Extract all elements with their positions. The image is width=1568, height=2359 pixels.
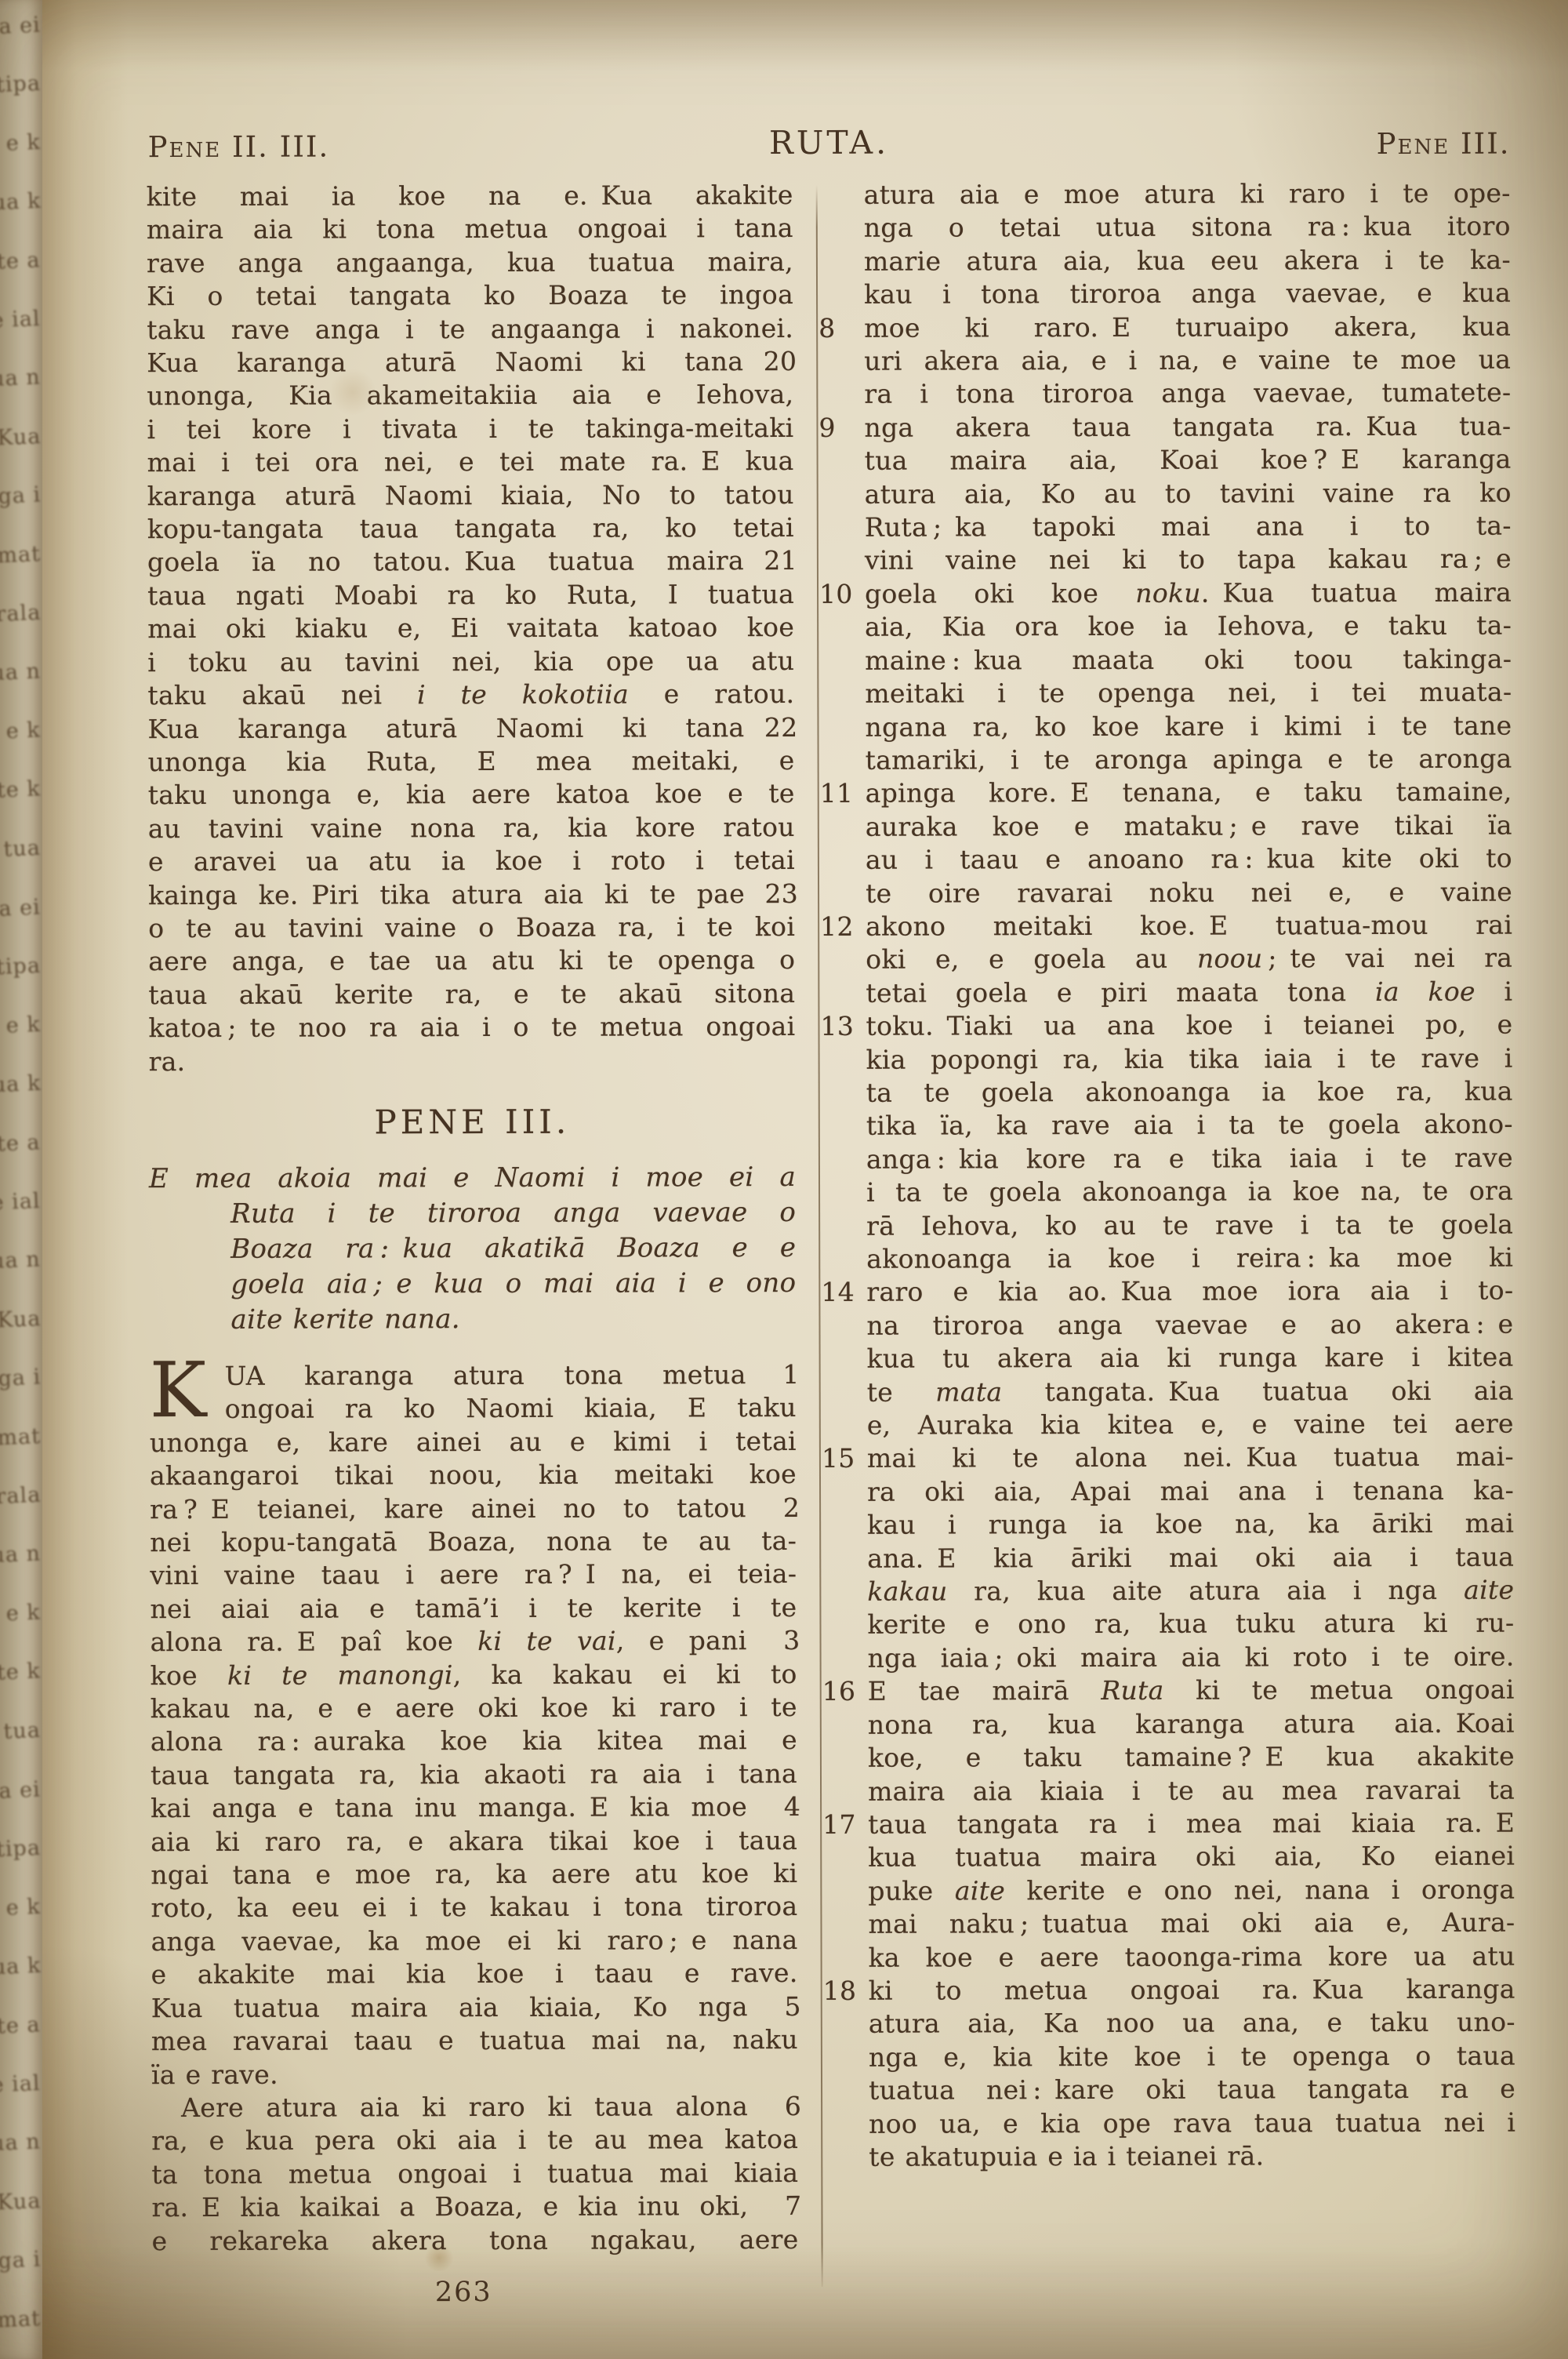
- text-run: ra, kua aite atura aia i nga: [947, 1575, 1464, 1607]
- text-line: kakau ra, kua aite atura aia i nga aite: [867, 1574, 1514, 1609]
- text-line: marie atura aia, kua eeu akera i te ka-: [864, 243, 1511, 278]
- text-run: rave anga angaanga, kua tuatua maira,: [147, 246, 793, 278]
- text-line: kakau na, e e aere oki koe ki raro i te: [151, 1691, 797, 1726]
- verse-number: 10: [819, 578, 858, 612]
- text-line: taku akaū nei i te kokotiia e ratou.: [147, 678, 794, 713]
- text-line: tika ïa, ka rave aia i ta te goela akono…: [866, 1108, 1513, 1143]
- text-run: nei kopu-tangatā Boaza, nona te au ta-: [150, 1525, 797, 1558]
- dropcap-paragraph: KUA karanga atura tona metua1ongoai ra k…: [150, 1358, 799, 2258]
- verse-number: 15: [822, 1442, 861, 1476]
- right-text-column: atura aia e moe atura ki raro i te ope-n…: [864, 177, 1516, 2175]
- verse-number: 9: [818, 412, 858, 445]
- text-run: ra oki aia, Apai mai ana i tenana ka-: [867, 1474, 1514, 1507]
- text-line: au tavini vaine nona ra, kia kore ratou: [148, 811, 795, 846]
- text-run: , e pani: [616, 1625, 747, 1656]
- text-run: mai i tei ora nei, e tei mate ra. E kua: [147, 445, 794, 478]
- running-head-right: Pene III.: [1377, 127, 1511, 161]
- text-line: atura aia, Ka noo ua ana, e taku uno-: [869, 2006, 1515, 2041]
- text-run: e rekareka akera tona ngakau, aere: [151, 2223, 798, 2255]
- text-line: akaangaroi tikai noou, kia meitaki koe: [150, 1458, 797, 1493]
- text-run: vini vaine nei ki to tapa kakau ra ; e: [865, 543, 1512, 576]
- text-line: tetai goela e piri maata tona ia koe i: [866, 975, 1512, 1010]
- text-line: roto, ka eeu ei i te kakau i tona tiroro…: [151, 1890, 797, 1925]
- left-text-column: kite mai ia koe na e. Kua akakitemaira a…: [147, 179, 799, 2258]
- verse-number: 2: [783, 1492, 800, 1525]
- text-run: mai naku ; tuatua mai oki aia e, Aura-: [868, 1907, 1515, 1939]
- italic-text: noku: [1135, 577, 1201, 608]
- text-line: unonga kia Ruta, E mea meitaki, e: [148, 744, 795, 780]
- text-line: Aere atura aia ki raro ki taua alona6: [151, 2090, 798, 2125]
- verse-number: 14: [821, 1276, 860, 1310]
- text-line: vini vaine taau i aere ra ? I na, ei tei…: [150, 1558, 797, 1593]
- text-run: meitaki i te openga nei, i tei muata-: [865, 677, 1512, 709]
- text-line: nei kopu-tangatā Boaza, nona te au ta-: [150, 1525, 797, 1560]
- text-run: goela oki koe: [865, 578, 1135, 609]
- text-line: maira aia ki tona metua ongoai i tana: [147, 212, 793, 247]
- text-run: i toku au tavini nei, kia ope ua atu: [147, 645, 794, 678]
- text-run: rā Iehova, ko au te rave i ta te goela: [866, 1209, 1513, 1241]
- text-line: ngai tana e moe ra, ka aere atu koe ki: [151, 1857, 797, 1892]
- text-run: UA karanga atura tona metua: [225, 1359, 746, 1391]
- text-run: E mea akoia mai e Naomi i moe ei a: [149, 1161, 796, 1194]
- text-run: taua tangata ra, kia akaoti ra aia i tan…: [151, 1758, 797, 1790]
- text-line: ra.: [149, 1044, 796, 1079]
- text-line: aia, Kia ora koe ia Iehova, e taku ta-: [865, 609, 1512, 645]
- text-run: anga : kia kore ra e tika iaia i te rave: [866, 1142, 1513, 1174]
- text-run: katoa ; te noo ra aia i o te metua ongoa…: [148, 1011, 795, 1043]
- text-run: auraka koe e mataku ; e rave tikai ïa: [866, 809, 1512, 841]
- text-line: moe ki raro. E turuaipo akera, kua8: [864, 310, 1511, 345]
- verse-number: 8: [818, 311, 858, 345]
- text-line: ta tona metua ongoai i tuatua mai kiaia: [151, 2157, 798, 2192]
- text-run: o te au tavini vaine o Boaza ra, i te ko…: [148, 911, 795, 943]
- text-run: te: [867, 1376, 936, 1407]
- text-run: tetai goela e piri maata tona: [866, 976, 1375, 1009]
- text-run: maira aia ki tona metua ongoai i tana: [147, 213, 793, 245]
- verse-number: 13: [820, 1010, 859, 1044]
- text-run: Boaza ra : kua akatikā Boaza e e: [230, 1232, 796, 1265]
- text-run: ta tona metua ongoai i tuatua mai kiaia: [151, 2157, 798, 2190]
- text-line: Kua karanga aturā Naomi ki tana22: [147, 711, 794, 746]
- text-line: kai anga e tana inu manga. E kia moe4: [151, 1790, 797, 1826]
- text-line: vini vaine nei ki to tapa kakau ra ; e: [865, 543, 1512, 578]
- text-run: karanga aturā Naomi kiaia, No to tatou: [147, 479, 794, 511]
- text-run: kainga ke. Piri tika atura aia ki te pae: [148, 878, 745, 911]
- text-run: puke: [868, 1875, 955, 1906]
- text-run: mai oki kiaku e, Ei vaitata katoao koe: [147, 612, 794, 644]
- text-line: na tiroroa anga vaevae e ao akera : e: [866, 1307, 1513, 1343]
- text-line: mea ravarai taau e tuatua mai na, naku: [151, 2023, 798, 2059]
- text-run: marie atura aia, kua eeu akera i te ka-: [864, 244, 1511, 276]
- text-run: mea ravarai taau e tuatua mai na, naku: [151, 2024, 798, 2056]
- text-run: akonoanga ia koe i reira : ka moe ki: [866, 1242, 1513, 1274]
- text-run: nona ra, kua karanga atura aia. Koai: [868, 1707, 1515, 1739]
- text-run: taua akaū kerite ra, e te akaū sitona: [148, 978, 795, 1010]
- text-run: ongoai ra ko Naomi kiaia, E taku: [225, 1392, 797, 1424]
- text-line: katoa ; te noo ra aia i o te metua ongoa…: [148, 1010, 795, 1045]
- text-run: vini vaine taau i aere ra ? I na, ei tei…: [150, 1558, 797, 1590]
- italic-text: ki te vai: [477, 1626, 616, 1656]
- chapter-summary: E mea akoia mai e Naomi i moe ei aRuta i…: [149, 1160, 797, 1338]
- italic-text: i te kokotiia: [417, 679, 629, 711]
- text-run: koe: [151, 1659, 227, 1690]
- text-line: aite kerite nana.: [149, 1301, 796, 1338]
- text-line: te akatupuia e ia i teianei rā.: [869, 2139, 1515, 2175]
- text-run: e akakite mai kia koe i taau e rave.: [151, 1957, 798, 1990]
- text-run: ngana ra, ko koe kare i kimi i te tane: [865, 710, 1512, 742]
- italic-text: kakau: [867, 1576, 947, 1607]
- text-line: meitaki i te openga nei, i tei muata-: [865, 676, 1512, 711]
- text-line: te oire ravarai noku nei e, e vaine: [866, 875, 1512, 911]
- text-line: tamariki, i te aronga apinga e te aronga: [866, 742, 1512, 777]
- text-run: taua tangata ra i mea mai kiaia ra. E: [868, 1807, 1515, 1839]
- text-run: noo ua, e kia ope rava taua tuatua nei i: [869, 2106, 1515, 2139]
- text-line: tuatua nei : kare oki taua tangata ra e: [869, 2073, 1515, 2108]
- text-line: Ruta ; ka tapoki mai ana i to ta-: [865, 510, 1512, 545]
- text-line: kau i tona tiroroa anga vaevae, e kua: [864, 277, 1511, 312]
- text-line: te mata tangata. Kua tuatua oki aia: [867, 1374, 1514, 1409]
- text-line: raro e kia ao. Kua moe iora aia i to-14: [866, 1274, 1513, 1310]
- text-run: akaangaroi tikai noou, kia meitaki koe: [150, 1459, 797, 1491]
- text-line: alona ra : auraka koe kia kitea mai e: [151, 1724, 797, 1759]
- text-run: i ta te goela akonoanga ia koe na, te or…: [866, 1176, 1513, 1208]
- text-run: au i taau e anoano ra : kua kite oki to: [866, 843, 1512, 875]
- text-run: apinga kore. E tenana, e taku tamaine,: [866, 776, 1512, 809]
- text-line: ïa e rave.: [151, 2056, 798, 2092]
- verse-number: 5: [784, 1990, 800, 2023]
- text-run: Ki o tetai tangata ko Boaza te ingoa: [147, 279, 793, 311]
- text-run: oki e, e goela au: [866, 943, 1197, 975]
- verse-number: 18: [823, 1975, 862, 2008]
- text-line: noo ua, e kia ope rava taua tuatua nei i: [869, 2106, 1515, 2141]
- text-line: unonga e, kare ainei au e kimi i tetai: [150, 1425, 797, 1460]
- text-line: koe ki te manongi, ka kakau ei ki to: [151, 1658, 797, 1693]
- text-line: tua maira aia, Koai koe ? E karanga: [865, 443, 1512, 478]
- text-run: taku akaū nei: [147, 679, 417, 711]
- text-run: ta te goela akonoanga ia koe ra, kua: [866, 1076, 1513, 1108]
- text-line: karanga aturā Naomi kiaia, No to tatou: [147, 478, 794, 514]
- text-line: ra oki aia, Apai mai ana i tenana ka-: [867, 1474, 1514, 1509]
- italic-text: noou: [1197, 943, 1263, 974]
- text-line: goela ïa no tatou. Kua tuatua maira21: [147, 544, 794, 580]
- text-line: kau i runga ia koe na, ka āriki mai: [867, 1507, 1514, 1543]
- text-line: ra ? E teianei, kare ainei no to tatou2: [150, 1492, 797, 1527]
- text-line: oki e, e goela au noou ; te vai nei ra: [866, 942, 1512, 977]
- text-run: nga o tetai utua sitona ra : kua itoro: [864, 211, 1511, 243]
- text-line: kopu-tangata taua tangata ra, ko tetai: [147, 511, 794, 547]
- text-run: tamariki, i te aronga apinga e te aronga: [866, 743, 1512, 775]
- printed-text: Pene II. III. RUTA. Pene III. kite mai i…: [0, 0, 1568, 2359]
- text-run: ngai tana e moe ra, ka aere atu koe ki: [151, 1858, 797, 1890]
- text-line: taua tangata ra i mea mai kiaia ra. E17: [868, 1806, 1515, 1841]
- text-run: ra. E kia kaikai a Boaza, e kia inu oki,: [151, 2190, 748, 2223]
- text-line: ra, e kua pera oki aia i te au mea katoa: [151, 2123, 798, 2158]
- text-run: kakau na, e e aere oki koe ki raro i te: [151, 1692, 797, 1724]
- text-line: Ruta i te tiroroa anga vaevae o: [149, 1195, 796, 1232]
- text-run: E tae mairā: [868, 1675, 1102, 1707]
- text-run: kua tu akera aia ki runga kare i kitea: [867, 1342, 1514, 1374]
- text-run: kai anga e tana inu manga. E kia moe: [151, 1791, 747, 1823]
- text-run: e, Auraka kia kitea e, e vaine tei aere: [867, 1408, 1514, 1441]
- text-line: nga e, kia kite koe i te openga o taua: [869, 2039, 1515, 2074]
- text-run: tuatua nei : kare oki taua tangata ra e: [869, 2074, 1515, 2106]
- text-line: e akakite mai kia koe i taau e rave.: [151, 1957, 798, 1992]
- verse-number: 4: [784, 1790, 800, 1823]
- text-line: taku rave anga i te angaanga i nakonei.: [147, 312, 793, 347]
- text-run: ki te metua ongoai: [1164, 1674, 1515, 1706]
- text-line: mai ki te alona nei. Kua tuatua mai-15: [867, 1441, 1514, 1476]
- text-run: atura aia e moe atura ki raro i te ope-: [864, 178, 1511, 210]
- text-run: taua ngati Moabi ra ko Ruta, I tuatua: [147, 579, 794, 611]
- text-line: akonoanga ia koe i reira : ka moe ki: [866, 1241, 1513, 1277]
- text-run: goela ïa no tatou. Kua tuatua maira: [147, 546, 744, 578]
- verse-number: 16: [822, 1675, 862, 1709]
- text-run: unonga e, kare ainei au e kimi i tetai: [150, 1426, 797, 1458]
- text-run: te akatupuia e ia i teianei rā.: [869, 2140, 1264, 2172]
- text-run: ïa e rave.: [151, 2059, 278, 2089]
- text-run: ; te vai nei ra: [1262, 943, 1512, 974]
- text-run: Kua tuatua maira aia kiaia, Ko nga: [151, 1991, 748, 2023]
- text-run: , ka kakau ei ki to: [453, 1659, 797, 1690]
- text-run: toku. Tiaki ua ana koe i teianei po, e: [866, 1009, 1512, 1041]
- text-line: maira aia kiaia i te au mea ravarai ta: [868, 1773, 1515, 1808]
- text-line: ra i tona tiroroa anga vaevae, tumatete-: [864, 376, 1511, 412]
- page-number: 263: [152, 2276, 775, 2309]
- text-run: Aere atura aia ki raro ki taua alona: [181, 2091, 748, 2123]
- text-line: unonga, Kia akameitakiia aia e Iehova,: [147, 378, 793, 413]
- text-run: roto, ka eeu ei i te kakau i tona tiroro…: [151, 1891, 797, 1923]
- text-run: au tavini vaine nona ra, kia kore ratou: [148, 812, 795, 844]
- verse-number: 6: [785, 2090, 801, 2123]
- text-line: anga : kia kore ra e tika iaia i te rave: [866, 1141, 1513, 1176]
- text-run: atura aia, Ko au to tavini vaine ra ko: [865, 477, 1512, 509]
- text-line: e, Auraka kia kitea e, e vaine tei aere: [867, 1408, 1514, 1443]
- text-run: Ruta ; ka tapoki mai ana i to ta-: [865, 511, 1512, 543]
- text-line: e rekareka akera tona ngakau, aere: [151, 2223, 798, 2258]
- text-line: goela aia ; e kua o mai aia i e ono: [149, 1266, 796, 1303]
- italic-text: ki te manongi: [227, 1659, 453, 1691]
- text-line: taua akaū kerite ra, e te akaū sitona: [148, 977, 795, 1012]
- text-line: e aravei ua atu ia koe i roto i tetai: [148, 844, 795, 879]
- text-line: taku unonga e, kia aere katoa koe e te: [148, 777, 795, 812]
- text-run: kia popongi ra, kia tika iaia i te rave …: [866, 1042, 1513, 1074]
- text-line: E tae mairā Ruta ki te metua ongoai16: [868, 1674, 1515, 1709]
- text-run: uri akera aia, e i na, e vaine te moe ua: [864, 344, 1511, 376]
- verse-number: 1: [782, 1358, 799, 1391]
- text-run: alona ra : auraka koe kia kitea mai e: [151, 1725, 797, 1757]
- text-line: ka koe e aere taoonga-rima kore ua atu: [869, 1939, 1515, 1975]
- text-run: nei aiai aia e tamā’i i te kerite i te: [150, 1592, 797, 1624]
- text-run: ra, e kua pera oki aia i te au mea katoa: [151, 2124, 798, 2156]
- verse-number: 12: [820, 911, 859, 944]
- text-run: tika ïa, ka rave aia i ta te goela akono…: [866, 1109, 1513, 1141]
- text-line: mai naku ; tuatua mai oki aia e, Aura-: [868, 1906, 1515, 1942]
- text-line: goela oki koe noku. Kua tuatua maira10: [865, 576, 1512, 611]
- text-line: auraka koe e mataku ; e rave tikai ïa: [866, 809, 1512, 844]
- text-line: nga o tetai utua sitona ra : kua itoro: [864, 210, 1511, 245]
- text-run: Kua karanga aturā Naomi ki tana: [147, 346, 743, 378]
- italic-text: mata: [935, 1376, 1002, 1407]
- text-line: atura aia, Ko au to tavini vaine ra ko: [865, 476, 1512, 511]
- text-run: unonga kia Ruta, E mea meitaki, e: [148, 745, 795, 777]
- text-line: kite mai ia koe na e. Kua akakite: [147, 179, 793, 214]
- text-run: nga iaia ; oki maira aia ki roto i te oi…: [868, 1641, 1515, 1673]
- text-line: i toku au tavini nei, kia ope ua atu: [147, 645, 794, 680]
- text-run: kopu-tangata taua tangata ra, ko tetai: [147, 512, 794, 544]
- text-run: i: [1475, 976, 1513, 1006]
- text-run: e ratou.: [629, 678, 795, 710]
- text-line: kua tuatua maira oki aia, Ko eianei: [868, 1840, 1515, 1875]
- text-run: kau i runga ia koe na, ka āriki mai: [867, 1508, 1514, 1540]
- text-line: uri akera aia, e i na, e vaine te moe ua: [864, 343, 1511, 379]
- verse-number: 11: [820, 777, 859, 811]
- text-line: i ta te goela akonoanga ia koe na, te or…: [866, 1175, 1513, 1210]
- text-run: nga akera taua tangata ra. Kua tua-: [864, 410, 1511, 442]
- text-line: apinga kore. E tenana, e taku tamaine,11: [866, 776, 1512, 811]
- text-run: tua maira aia, Koai koe ? E karanga: [865, 444, 1512, 476]
- italic-text: aite: [955, 1875, 1005, 1906]
- text-line: kua tu akera aia ki runga kare i kitea: [867, 1341, 1514, 1376]
- text-line: ngana ra, ko koe kare i kimi i te tane: [865, 709, 1512, 744]
- text-line: Boaza ra : kua akatikā Boaza e e: [149, 1230, 796, 1267]
- text-line: nei aiai aia e tamā’i i te kerite i te: [150, 1591, 797, 1627]
- verse-number: 3: [783, 1624, 800, 1657]
- text-run: aia, Kia ora koe ia Iehova, e taku ta-: [865, 610, 1512, 642]
- text-run: moe ki raro. E turuaipo akera, kua: [864, 311, 1511, 343]
- text-line: i tei kore i tivata i te takinga-meitaki: [147, 412, 793, 447]
- italic-text: aite: [1464, 1575, 1514, 1605]
- text-line: taua ngati Moabi ra ko Ruta, I tuatua: [147, 578, 794, 613]
- text-run: atura aia, Ka noo ua ana, e taku uno-: [869, 2007, 1515, 2039]
- text-run: taku rave anga i te angaanga i nakonei.: [147, 313, 793, 345]
- text-run: ra ? E teianei, kare ainei no to tatou: [150, 1492, 746, 1525]
- text-line: Kua karanga aturā Naomi ki tana20: [147, 345, 793, 380]
- text-line: toku. Tiaki ua ana koe i teianei po, e13: [866, 1009, 1512, 1044]
- text-line: atura aia e moe atura ki raro i te ope-: [864, 177, 1511, 213]
- text-line: Kua tuatua maira aia kiaia, Ko nga5: [151, 1990, 798, 2026]
- italic-text: Ruta: [1101, 1675, 1163, 1706]
- text-run: ka koe e aere taoonga-rima kore ua atu: [869, 1940, 1515, 1972]
- text-run: ra i tona tiroroa anga vaevae, tumatete-: [864, 377, 1511, 409]
- text-run: mai ki te alona nei. Kua tuatua mai-: [867, 1441, 1514, 1474]
- book-page: na eiua tipaira, e ke kua kkite akoe ial…: [0, 0, 1568, 2359]
- text-run: kua tuatua maira oki aia, Ko eianei: [868, 1841, 1515, 1873]
- text-line: ki to metua ongoai ra. Kua karanga18: [869, 1972, 1515, 2008]
- text-line: ra. E kia kaikai a Boaza, e kia inu oki,…: [151, 2190, 798, 2225]
- text-run: e aravei ua atu ia koe i roto i tetai: [148, 845, 795, 877]
- text-line: mai oki kiaku e, Ei vaitata katoao koe: [147, 611, 794, 646]
- text-line: taua tangata ra, kia akaoti ra aia i tan…: [151, 1757, 797, 1793]
- text-run: kerite e ono ra, kua tuku atura ki ru-: [867, 1608, 1514, 1640]
- text-run: taku unonga e, kia aere katoa koe e te: [148, 778, 795, 810]
- text-run: nga e, kia kite koe i te openga o taua: [869, 2040, 1515, 2072]
- text-line: rave anga angaanga, kua tuatua maira,: [147, 245, 793, 281]
- text-line: nona ra, kua karanga atura aia. Koai: [868, 1707, 1515, 1742]
- text-run: koe, e taku tamaine ? E kua akakite: [868, 1741, 1515, 1773]
- text-run: aia ki raro ra, e akara tikai koe i taua: [151, 1825, 797, 1857]
- verse-number: 20: [764, 345, 797, 379]
- italic-text: ia koe: [1375, 976, 1475, 1006]
- running-head: Pene II. III. RUTA. Pene III.: [146, 122, 1512, 167]
- text-line: aere anga, e tae ua atu ki te openga o: [148, 943, 795, 979]
- text-line: mai i tei ora nei, e tei mate ra. E kua: [147, 445, 794, 480]
- text-run: goela aia ; e kua o mai aia i e ono: [230, 1267, 796, 1300]
- text-run: Ruta i te tiroroa anga vaevae o: [230, 1197, 796, 1230]
- text-run: ra.: [149, 1046, 186, 1077]
- text-run: maira aia kiaia i te au mea ravarai ta: [868, 1774, 1515, 1806]
- text-line: rā Iehova, ko au te rave i ta te goela: [866, 1208, 1513, 1243]
- text-run: anga vaevae, ka moe ei ki raro ; e nana: [151, 1925, 797, 1957]
- text-line: nga akera taua tangata ra. Kua tua-9: [864, 409, 1511, 445]
- text-run: ki to metua ongoai ra. Kua karanga: [869, 1973, 1515, 2005]
- text-run: na tiroroa anga vaevae e ao akera : e: [866, 1308, 1513, 1340]
- text-run: akono meitaki koe. E tuatua-mou rai: [866, 910, 1512, 942]
- text-run: ana. E kia āriki mai oki aia i taua: [867, 1541, 1514, 1573]
- text-run: tangata. Kua tuatua oki aia: [1002, 1375, 1513, 1407]
- text-line: aia ki raro ra, e akara tikai koe i taua: [151, 1824, 797, 1859]
- text-line: kainga ke. Piri tika atura aia ki te pae…: [148, 877, 795, 912]
- verse-number: 17: [822, 1808, 862, 1842]
- text-run: Kua karanga aturā Naomi ki tana: [147, 712, 744, 744]
- text-line: Ki o tetai tangata ko Boaza te ingoa: [147, 278, 793, 314]
- text-line: kia popongi ra, kia tika iaia i te rave …: [866, 1041, 1513, 1077]
- text-run: i tei kore i tivata i te takinga-meitaki: [147, 413, 793, 445]
- text-line: anga vaevae, ka moe ei ki raro ; e nana: [151, 1924, 797, 1959]
- text-line: ongoai ra ko Naomi kiaia, E taku: [150, 1391, 797, 1427]
- running-head-title: RUTA.: [146, 122, 1512, 164]
- text-line: puke aite kerite e ono nei, nana i orong…: [868, 1873, 1515, 1908]
- text-line: kerite e ono ra, kua tuku atura ki ru-: [867, 1607, 1514, 1642]
- text-line: ana. E kia āriki mai oki aia i taua: [867, 1540, 1514, 1576]
- text-run: unonga, Kia akameitakiia aia e Iehova,: [147, 379, 793, 411]
- column-divider-rule: [816, 185, 823, 2287]
- text-run: raro e kia ao. Kua moe iora aia i to-: [866, 1275, 1513, 1307]
- chapter-heading: PENE III.: [149, 1103, 796, 1141]
- text-line: nga iaia ; oki maira aia ki roto i te oi…: [868, 1640, 1515, 1675]
- text-run: . Kua tuatua maira: [1201, 576, 1512, 608]
- text-run: kerite e ono nei, nana i oronga: [1005, 1874, 1515, 1906]
- text-run: alona ra. E paî koe: [150, 1626, 477, 1657]
- verse-number: 21: [764, 544, 797, 578]
- text-line: UA karanga atura tona metua1: [150, 1358, 797, 1394]
- verse-number: 7: [785, 2190, 801, 2223]
- text-run: aere anga, e tae ua atu ki te openga o: [148, 944, 795, 976]
- text-line: au i taau e anoano ra : kua kite oki to: [866, 842, 1512, 878]
- text-run: kite mai ia koe na e. Kua akakite: [147, 180, 793, 212]
- text-run: maine : kua maata oki toou takinga-: [865, 643, 1512, 675]
- text-line: maine : kua maata oki toou takinga-: [865, 642, 1512, 678]
- text-line: E mea akoia mai e Naomi i moe ei a: [149, 1160, 796, 1197]
- verse-number: 22: [764, 711, 798, 744]
- text-line: ta te goela akonoanga ia koe ra, kua: [866, 1075, 1513, 1110]
- text-run: aite kerite nana.: [230, 1303, 460, 1336]
- text-run: kau i tona tiroroa anga vaevae, e kua: [864, 278, 1511, 310]
- text-line: akono meitaki koe. E tuatua-mou rai12: [866, 909, 1512, 944]
- text-line: o te au tavini vaine o Boaza ra, i te ko…: [148, 911, 795, 946]
- text-line: koe, e taku tamaine ? E kua akakite: [868, 1740, 1515, 1776]
- verse-number: 23: [764, 877, 798, 911]
- text-line: alona ra. E paî koe ki te vai, e pani3: [150, 1624, 797, 1659]
- text-run: te oire ravarai noku nei e, e vaine: [866, 876, 1512, 908]
